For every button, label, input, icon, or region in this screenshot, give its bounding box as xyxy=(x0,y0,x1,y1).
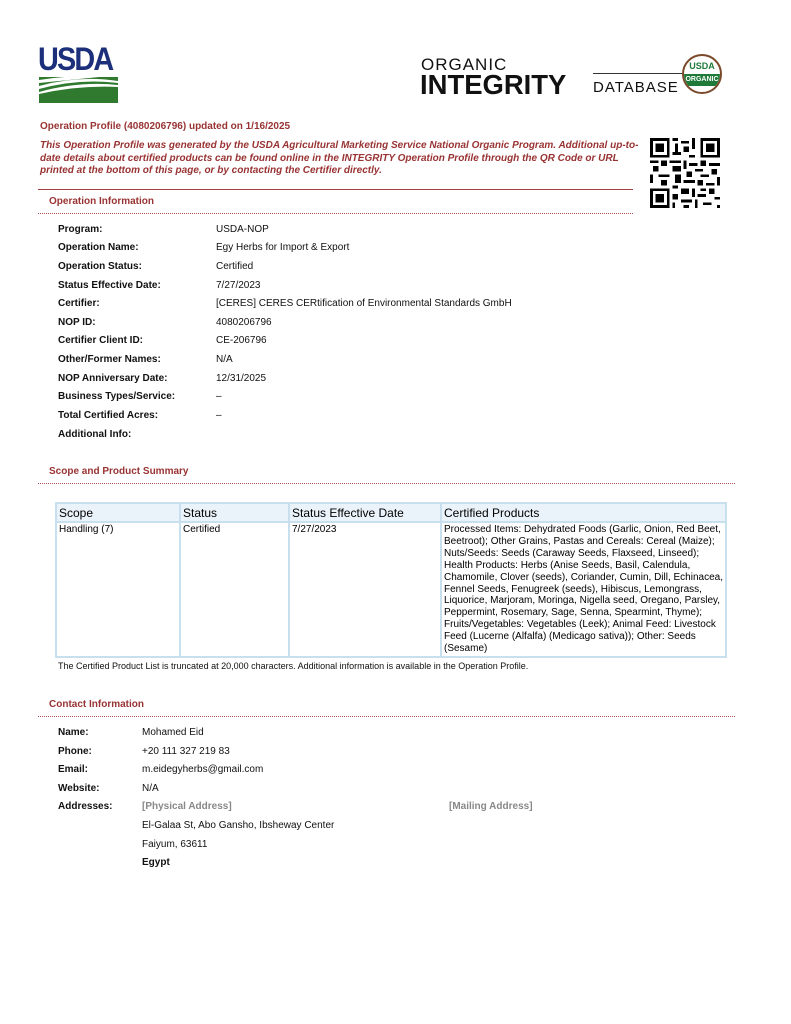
field-value-business-types: – xyxy=(216,391,222,402)
cell-scope: Handling (7) xyxy=(56,522,180,657)
usda-logo-text: USDA xyxy=(38,42,110,76)
physical-address-country: Egypt xyxy=(142,857,170,868)
field-value-status-effective-date: 7/27/2023 xyxy=(216,280,261,291)
seal-top-text: USDA xyxy=(684,61,720,71)
contact-label-phone: Phone: xyxy=(58,746,92,757)
field-label-operation-status: Operation Status: xyxy=(58,261,142,272)
seal-bottom-text: ORGANIC xyxy=(684,74,720,86)
contact-label-name: Name: xyxy=(58,727,89,738)
field-value-certifier: [CERES] CERES CERtification of Environme… xyxy=(216,298,512,309)
field-value-operation-name: Egy Herbs for Import & Export xyxy=(216,242,349,253)
contact-value-name: Mohamed Eid xyxy=(142,727,204,738)
scope-table: Scope Status Status Effective Date Certi… xyxy=(55,502,727,658)
cell-date: 7/27/2023 xyxy=(289,522,441,657)
table-row: Handling (7) Certified 7/27/2023 Process… xyxy=(56,522,726,657)
operation-information-title: Operation Information xyxy=(49,196,154,207)
field-label-operation-name: Operation Name: xyxy=(58,242,139,253)
field-value-operation-status: Certified xyxy=(216,261,253,272)
scope-summary-divider xyxy=(38,483,735,484)
contact-value-website: N/A xyxy=(142,783,159,794)
field-value-certifier-client-id: CE-206796 xyxy=(216,335,267,346)
field-value-program: USDA-NOP xyxy=(216,224,269,235)
usda-logo: USDA xyxy=(38,46,118,103)
column-header-status: Status xyxy=(180,503,289,522)
physical-address-street: El-Galaa St, Abo Gansho, Ibsheway Center xyxy=(142,820,334,831)
cell-status: Certified xyxy=(180,522,289,657)
usda-field-graphic xyxy=(39,77,118,103)
logo-database-text: DATABASE xyxy=(593,79,679,96)
contact-value-phone: +20 111 327 219 83 xyxy=(142,746,230,757)
logo-rule xyxy=(593,73,683,74)
mailing-address-label: [Mailing Address] xyxy=(449,801,533,812)
organic-integrity-database-logo: ORGANIC INTEGRITY DATABASE USDA ORGANIC xyxy=(420,52,725,100)
disclaimer-text: This Operation Profile was generated by … xyxy=(40,140,640,178)
field-value-nop-anniversary-date: 12/31/2025 xyxy=(216,373,266,384)
logo-integrity-text: INTEGRITY xyxy=(420,69,566,101)
qr-code-icon[interactable] xyxy=(650,138,720,208)
scope-table-header: Scope Status Status Effective Date Certi… xyxy=(56,503,726,522)
field-label-status-effective-date: Status Effective Date: xyxy=(58,280,161,291)
field-label-certifier-client-id: Certifier Client ID: xyxy=(58,335,143,346)
field-value-other-former-names: N/A xyxy=(216,354,233,365)
usda-organic-seal-icon: USDA ORGANIC xyxy=(682,54,722,94)
field-label-business-types: Business Types/Service: xyxy=(58,391,175,402)
contact-information-divider xyxy=(38,716,735,717)
contact-information-title: Contact Information xyxy=(49,699,144,710)
contact-label-addresses: Addresses: xyxy=(58,801,112,812)
field-label-nop-id: NOP ID: xyxy=(58,317,96,328)
column-header-status-effective-date: Status Effective Date xyxy=(289,503,441,522)
contact-value-email[interactable]: m.eidegyherbs@gmail.com xyxy=(142,764,263,775)
physical-address-label: [Physical Address] xyxy=(142,801,232,812)
column-header-scope: Scope xyxy=(56,503,180,522)
contact-label-website: Website: xyxy=(58,783,100,794)
physical-address-city-zip: Faiyum, 63611 xyxy=(142,839,207,850)
field-label-additional-info: Additional Info: xyxy=(58,429,131,440)
header-divider xyxy=(38,189,633,190)
column-header-certified-products: Certified Products xyxy=(441,503,726,522)
field-value-total-certified-acres: – xyxy=(216,410,222,421)
field-label-total-certified-acres: Total Certified Acres: xyxy=(58,410,158,421)
operation-information-divider xyxy=(38,213,633,214)
field-label-program: Program: xyxy=(58,224,102,235)
field-label-other-former-names: Other/Former Names: xyxy=(58,354,161,365)
field-label-certifier: Certifier: xyxy=(58,298,100,309)
contact-label-email: Email: xyxy=(58,764,88,775)
cell-certified-products: Processed Items: Dehydrated Foods (Garli… xyxy=(441,522,726,657)
field-value-nop-id: 4080206796 xyxy=(216,317,272,328)
field-label-nop-anniversary-date: NOP Anniversary Date: xyxy=(58,373,168,384)
profile-title: Operation Profile (4080206796) updated o… xyxy=(40,121,290,132)
truncation-note: The Certified Product List is truncated … xyxy=(58,661,528,671)
scope-summary-title: Scope and Product Summary xyxy=(49,466,188,477)
